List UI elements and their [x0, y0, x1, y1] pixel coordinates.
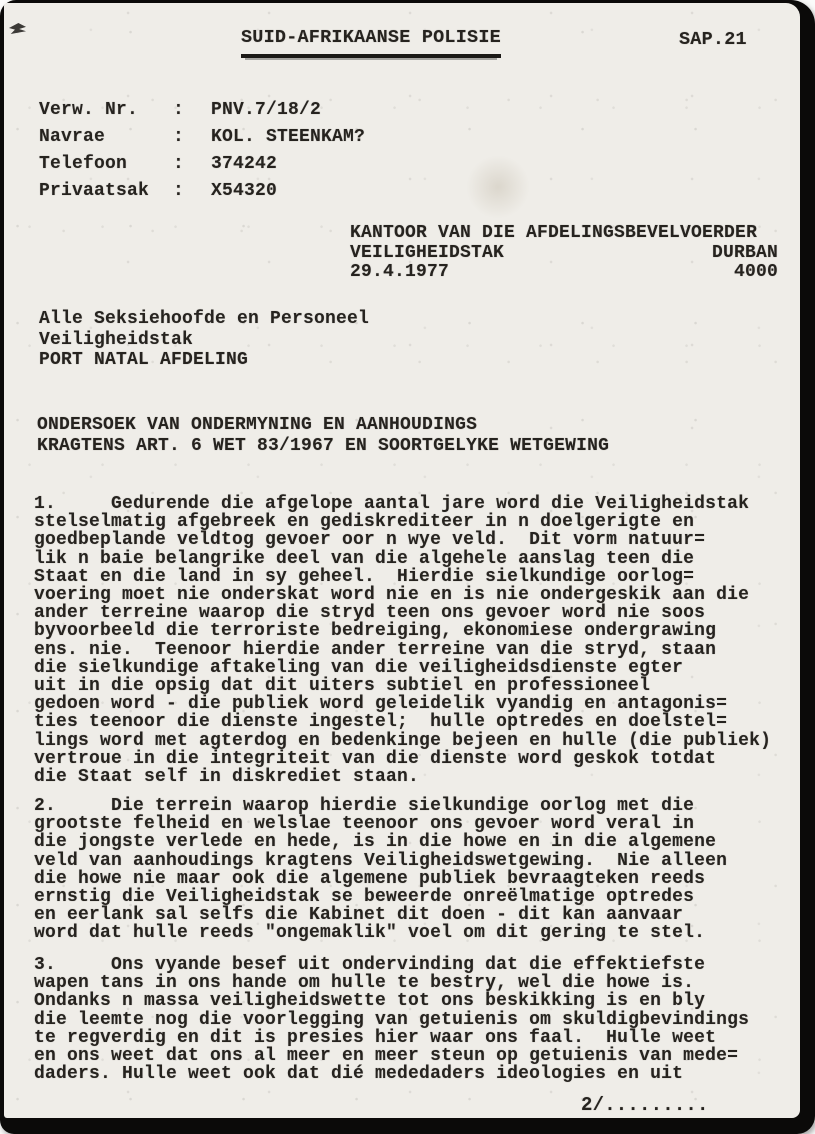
- form-number: SAP.21: [679, 29, 747, 50]
- reference-label: Telefoon: [39, 151, 173, 178]
- reference-value: KOL. STEENKAM?: [211, 124, 365, 151]
- reference-separator: :: [173, 178, 211, 205]
- paragraph-3: 3. Ons vyande besef uit ondervinding dat…: [34, 956, 749, 1083]
- office-line: VEILIGHEIDSTAK DURBAN: [350, 244, 778, 264]
- reference-label: Navrae: [39, 124, 173, 151]
- reference-row: Privaatsak : X54320: [39, 178, 365, 205]
- reference-label: Privaatsak: [39, 178, 173, 205]
- reference-separator: :: [173, 97, 211, 124]
- addressee-block: Alle Seksiehoofde en Personeel Veilighei…: [39, 309, 369, 371]
- document-date: 29.4.1977: [350, 263, 449, 283]
- reference-separator: :: [173, 124, 211, 151]
- office-name: KANTOOR VAN DIE AFDELINGSBEVELVOERDER: [350, 224, 757, 244]
- page-continuation-mark: 2/.........: [581, 1094, 709, 1116]
- scan-frame: SUID-AFRIKAANSE POLISIE SAP.21 Verw. Nr.…: [0, 0, 815, 1134]
- office-line: KANTOOR VAN DIE AFDELINGSBEVELVOERDER: [350, 224, 778, 244]
- reference-value: PNV.7/18/2: [211, 97, 321, 124]
- subject-heading: ONDERSOEK VAN ONDERMYNING EN AANHOUDINGS…: [37, 415, 609, 457]
- reference-separator: :: [173, 151, 211, 178]
- office-postal-code: 4000: [734, 263, 778, 283]
- document-title: SUID-AFRIKAANSE POLISIE: [241, 27, 501, 58]
- document-page: SUID-AFRIKAANSE POLISIE SAP.21 Verw. Nr.…: [4, 3, 800, 1118]
- reference-row: Telefoon : 374242: [39, 151, 365, 178]
- paragraph-2: 2. Die terrein waarop hierdie sielkundig…: [34, 797, 727, 943]
- paragraph-1: 1. Gedurende die afgelope aantal jare wo…: [34, 495, 771, 786]
- reference-block: Verw. Nr. : PNV.7/18/2 Navrae : KOL. STE…: [39, 97, 365, 205]
- office-line: 29.4.1977 4000: [350, 263, 778, 283]
- office-address-block: KANTOOR VAN DIE AFDELINGSBEVELVOERDER VE…: [350, 224, 778, 283]
- reference-value: X54320: [211, 178, 277, 205]
- reference-value: 374242: [211, 151, 277, 178]
- reference-row: Navrae : KOL. STEENKAM?: [39, 124, 365, 151]
- reference-row: Verw. Nr. : PNV.7/18/2: [39, 97, 365, 124]
- paper-smudge: [466, 155, 530, 219]
- office-branch: VEILIGHEIDSTAK: [350, 244, 504, 264]
- scan-artifact-mark: [9, 23, 26, 34]
- reference-label: Verw. Nr.: [39, 97, 173, 124]
- office-city: DURBAN: [712, 244, 778, 264]
